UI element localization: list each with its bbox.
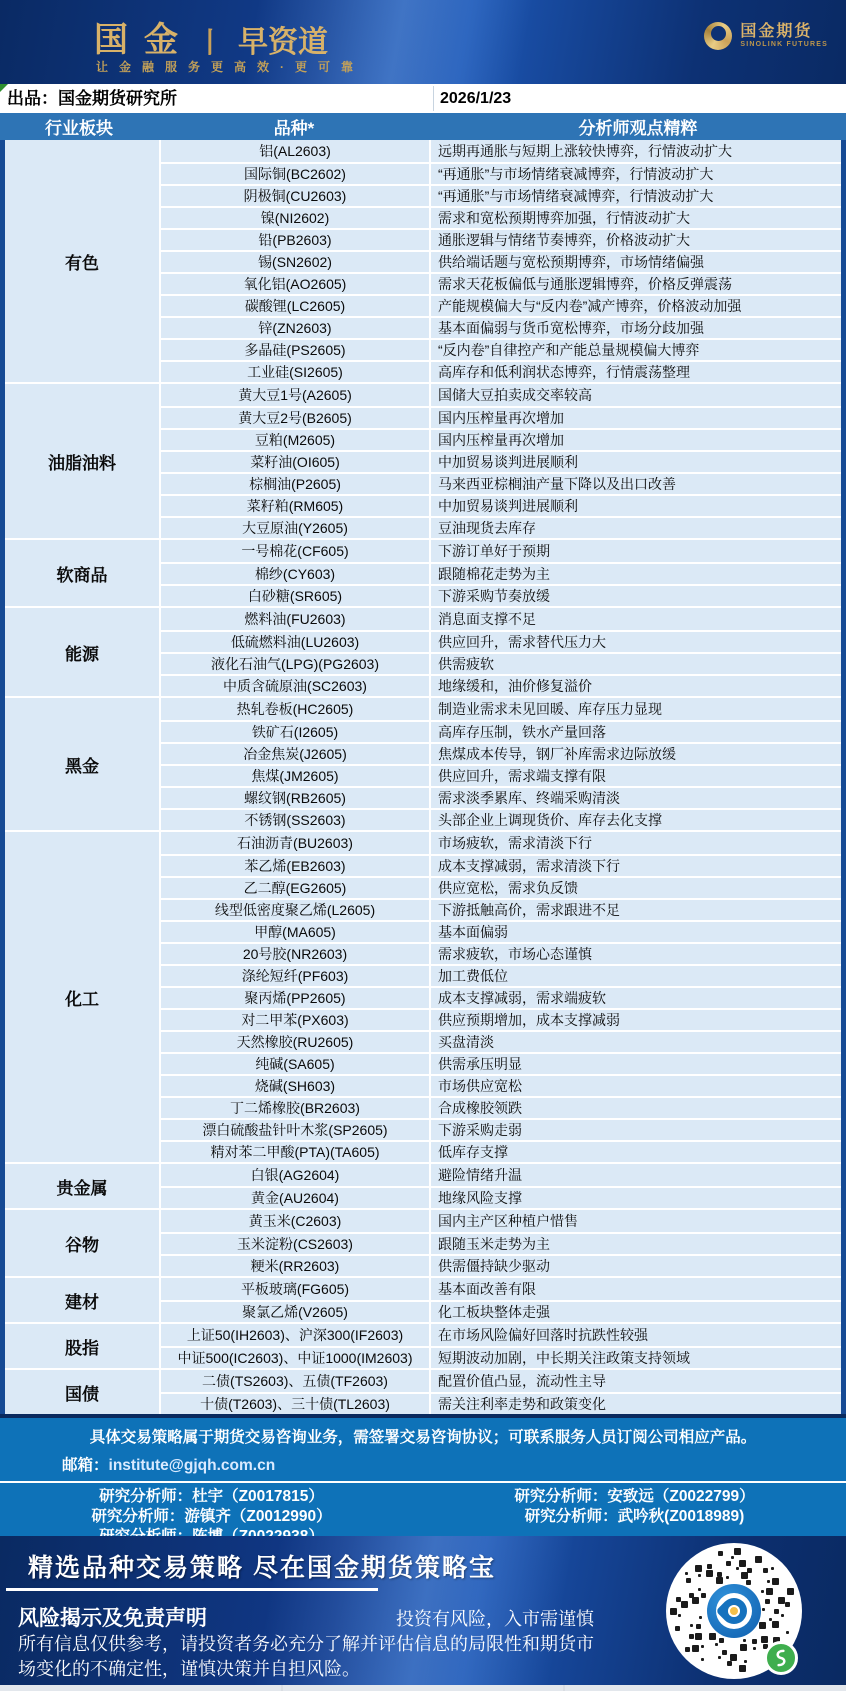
risk-disclaimer-body: 所有信息仅供参考，请投资者务必充分了解并评估信息的局限性和期货市场变化的不确定性… (18, 1632, 610, 1682)
qr-dot (774, 1609, 779, 1614)
analyst-view-cell: “再通胀”与市场情绪衰减博弈，行情波动扩大 (431, 164, 841, 184)
sector-rows: 黄大豆1号(A2605)国储大豆拍卖成交率较高黄大豆2号(B2605)国内压榨量… (161, 384, 841, 538)
qr-dot (761, 1590, 764, 1593)
sector-rows: 上证50(IH2603)、沪深300(IF2603)在市场风险偏好回落时抗跌性较… (161, 1324, 841, 1368)
sector-cell: 油脂油料 (5, 384, 161, 538)
variety-cell: 工业硅(SI2605) (161, 362, 431, 382)
analyst-view-cell: 加工费低位 (431, 966, 841, 986)
variety-cell: 聚丙烯(PP2605) (161, 988, 431, 1008)
qr-dot (763, 1568, 768, 1573)
sector-cell: 有色 (5, 140, 161, 382)
analyst-view-cell: 跟随棉花走势为主 (431, 564, 841, 584)
analyst-view-cell: 避险情绪升温 (431, 1164, 841, 1186)
analyst-view-cell: 供应宽松，需求负反馈 (431, 878, 841, 898)
qr-code (666, 1543, 802, 1679)
qr-dot (741, 1572, 748, 1579)
qr-dot (739, 1665, 746, 1672)
sector-cell: 能源 (5, 608, 161, 696)
qr-dot (689, 1634, 694, 1639)
email-address: institute@gjqh.com.cn (109, 1457, 276, 1474)
analyst-view-cell: 中加贸易谈判进展顺利 (431, 496, 841, 516)
table-row: 中质含硫原油(SC2603)地缘缓和，油价修复溢价 (161, 674, 841, 696)
variety-cell: 锡(SN2602) (161, 252, 431, 272)
info-divider (433, 86, 434, 111)
variety-cell: 纯碱(SA605) (161, 1054, 431, 1074)
table-row: 甲醇(MA605)基本面偏弱 (161, 920, 841, 942)
subscription-notice: 具体交易策略属于期货交易咨询业务，需签署交易咨询协议；可联系服务人员订阅公司相应… (0, 1418, 846, 1447)
qr-dot (740, 1644, 747, 1651)
qr-dot (717, 1572, 722, 1577)
analyst-name: 研究分析师：游镇齐（Z0012990） (91, 1507, 331, 1526)
table-row: 氧化铝(AO2605)需求天花板偏低与通胀逻辑博弈，价格反弹震荡 (161, 272, 841, 294)
qr-dot (726, 1561, 731, 1566)
table-row: 镍(NI2602)需求和宽松预期博弈加强，行情波动扩大 (161, 206, 841, 228)
sector-group: 建材平板玻璃(FG605)基本面改善有限聚氯乙烯(V2605)化工板块整体走强 (5, 1276, 841, 1322)
variety-cell: 低硫燃料油(LU2603) (161, 632, 431, 652)
table-row: 黄大豆1号(A2605)国储大豆拍卖成交率较高 (161, 384, 841, 406)
variety-cell: 石油沥青(BU2603) (161, 832, 431, 854)
table-row: 上证50(IH2603)、沪深300(IF2603)在市场风险偏好回落时抗跌性较… (161, 1324, 841, 1346)
qr-dot (765, 1599, 770, 1604)
window-edge-strip (0, 1685, 846, 1691)
qr-dot (772, 1621, 779, 1628)
qr-dot (746, 1580, 751, 1585)
report-page: 国金 丨 早资道 让金融服务更高效·更可靠 国金期货 SINOLINK FUTU… (0, 0, 846, 1691)
analyst-view-cell: 供需承压明显 (431, 1054, 841, 1074)
variety-cell: 铝(AL2603) (161, 140, 431, 162)
column-header-view: 分析师观点精粹 (430, 113, 846, 140)
qr-dot (690, 1624, 693, 1627)
table-row: 锡(SN2602)供给端话题与宽松预期博弈，市场情绪偏强 (161, 250, 841, 272)
table-row: 玉米淀粉(CS2603)跟随玉米走势为主 (161, 1232, 841, 1254)
variety-cell: 不锈钢(SS2603) (161, 810, 431, 830)
sector-rows: 石油沥青(BU2603)市场疲软，需求清淡下行苯乙烯(EB2603)成本支撑减弱… (161, 832, 841, 1162)
analyst-view-cell: 需求和宽松预期博弈加强，行情波动扩大 (431, 208, 841, 228)
sector-rows: 白银(AG2604)避险情绪升温黄金(AU2604)地缘风险支撑 (161, 1164, 841, 1208)
variety-cell: 线型低密度聚乙烯(L2605) (161, 900, 431, 920)
table-row: 铁矿石(I2605)高库存压制，铁水产量回落 (161, 720, 841, 742)
analyst-view-cell: 头部企业上调现货价、库存去化支撑 (431, 810, 841, 830)
variety-cell: 20号胶(NR2603) (161, 944, 431, 964)
promo-banner: 精选品种交易策略 尽在国金期货策略宝 风险揭示及免责声明 投资有风险，入市需谨慎… (0, 1536, 846, 1685)
qr-dot (778, 1597, 785, 1604)
analyst-view-cell: 在市场风险偏好回落时抗跌性较强 (431, 1324, 841, 1346)
qr-dot (731, 1556, 734, 1559)
analyst-view-cell: 地缘风险支撑 (431, 1188, 841, 1208)
variety-cell: 精对苯二甲酸(PTA)(TA605) (161, 1142, 431, 1162)
qr-dot (706, 1570, 713, 1577)
variety-cell: 苯乙烯(EB2603) (161, 856, 431, 876)
table-row: 多晶硅(PS2605)“反内卷”自律控产和产能总量规模偏大博弈 (161, 338, 841, 360)
variety-cell: 中证500(IC2603)、中证1000(IM2603) (161, 1348, 431, 1368)
variety-cell: 热轧卷板(HC2605) (161, 698, 431, 720)
table-row: 十债(T2603)、三十债(TL2603)需关注利率走势和政策变化 (161, 1392, 841, 1414)
variety-cell: 对二甲苯(PX603) (161, 1010, 431, 1030)
sector-rows: 黄玉米(C2603)国内主产区种植户惜售玉米淀粉(CS2603)跟随玉米走势为主… (161, 1210, 841, 1276)
qr-dot (743, 1639, 746, 1642)
column-header-variety: 品种* (158, 113, 430, 140)
variety-cell: 焦煤(JM2605) (161, 766, 431, 786)
table-row: 不锈钢(SS2603)头部企业上调现货价、库存去化支撑 (161, 808, 841, 830)
qr-dot (785, 1602, 790, 1607)
promo-divider (6, 1588, 378, 1591)
sector-rows: 热轧卷板(HC2605)制造业需求未见回暖、库存压力显现铁矿石(I2605)高库… (161, 698, 841, 830)
table-row: 焦煤(JM2605)供应回升，需求端支撑有限 (161, 764, 841, 786)
analyst-view-cell: 供应回升，需求端支撑有限 (431, 766, 841, 786)
variety-cell: 白砂糖(SR605) (161, 586, 431, 606)
table-row: 菜籽油(OI605)中加贸易谈判进展顺利 (161, 450, 841, 472)
table-row: 国际铜(BC2602)“再通胀”与市场情绪衰减博弈，行情波动扩大 (161, 162, 841, 184)
table-row: 平板玻璃(FG605)基本面改善有限 (161, 1278, 841, 1300)
table-header: 行业板块 品种* 分析师观点精粹 (0, 113, 846, 140)
table-row: 20号胶(NR2603)需求疲软，市场心态谨慎 (161, 942, 841, 964)
variety-cell: 涤纶短纤(PF603) (161, 966, 431, 986)
qr-dot (692, 1597, 699, 1604)
analyst-name: 研究分析师：武吟秋(Z0018989) (525, 1507, 745, 1526)
sector-rows: 二债(TS2603)、五债(TF2603)配置价值凸显，流动性主导十债(T260… (161, 1370, 841, 1414)
analyst-view-cell: 供应回升，需求替代压力大 (431, 632, 841, 652)
email-line: 邮箱：institute@gjqh.com.cn (0, 1447, 846, 1481)
analyst-view-cell: 基本面改善有限 (431, 1278, 841, 1300)
qr-dot (685, 1572, 688, 1575)
qr-dot (753, 1647, 756, 1650)
qr-dot (699, 1616, 702, 1619)
qr-dot (730, 1654, 737, 1661)
variety-cell: 一号棉花(CF605) (161, 540, 431, 562)
table-row: 铝(AL2603)远期再通胀与短期上涨较快博弈，行情波动扩大 (161, 140, 841, 162)
variety-cell: 十债(T2603)、三十债(TL2603) (161, 1394, 431, 1414)
qr-dot (736, 1567, 739, 1570)
sector-rows: 一号棉花(CF605)下游订单好于预期棉纱(CY603)跟随棉花走势为主白砂糖(… (161, 540, 841, 606)
sector-group: 股指上证50(IH2603)、沪深300(IF2603)在市场风险偏好回落时抗跌… (5, 1322, 841, 1368)
variety-cell: 菜籽油(OI605) (161, 452, 431, 472)
qr-dot (739, 1560, 746, 1567)
qr-dot (718, 1656, 721, 1659)
sector-cell: 国债 (5, 1370, 161, 1414)
table-row: 粳米(RR2603)供需僵持缺少驱动 (161, 1254, 841, 1276)
variety-cell: 二债(TS2603)、五债(TF2603) (161, 1370, 431, 1392)
table-row: 工业硅(SI2605)高库存和低利润状态博弈，行情震荡整理 (161, 360, 841, 382)
table-row: 螺纹钢(RB2605)需求淡季累库、终端采购清淡 (161, 786, 841, 808)
qr-dot (744, 1660, 747, 1663)
qr-dot (726, 1576, 729, 1579)
variety-cell: 漂白硫酸盐针叶木浆(SP2605) (161, 1120, 431, 1140)
qr-dot (769, 1618, 772, 1621)
variety-cell: 甲醇(MA605) (161, 922, 431, 942)
sector-cell: 软商品 (5, 540, 161, 606)
variety-cell: 天然橡胶(RU2605) (161, 1032, 431, 1052)
qr-dot (727, 1661, 732, 1666)
column-header-sector: 行业板块 (0, 113, 158, 140)
qr-dot (695, 1633, 702, 1640)
analyst-view-cell: 需求淡季累库、终端采购清淡 (431, 788, 841, 808)
analyst-view-cell: 焦煤成本传导，钢厂补库需求边际放缓 (431, 744, 841, 764)
analyst-view-cell: 短期波动加剧，中长期关注政策支持领域 (431, 1348, 841, 1368)
qr-dot (678, 1614, 681, 1617)
analyst-view-cell: 国内主产区种植户惜售 (431, 1210, 841, 1232)
qr-dot (755, 1556, 762, 1563)
qr-dot (734, 1548, 741, 1555)
brand-divider: 丨 (196, 21, 224, 61)
analyst-view-cell: 产能规模偏大与“反内卷”减产博弈，价格波动加强 (431, 296, 841, 316)
s-curve-glyph (770, 1647, 792, 1669)
variety-cell: 黄大豆1号(A2605) (161, 384, 431, 406)
qr-dot (786, 1631, 789, 1634)
analyst-view-cell: 供给端话题与宽松预期博弈，市场情绪偏强 (431, 252, 841, 272)
analyst-view-cell: 市场供应宽松 (431, 1076, 841, 1096)
analyst-view-cell: 豆油现货去库存 (431, 518, 841, 538)
table-row: 液化石油气(LPG)(PG2603)供需疲软 (161, 652, 841, 674)
brand-name: 国金 (94, 12, 194, 61)
sector-group: 有色铝(AL2603)远期再通胀与短期上涨较快博弈，行情波动扩大国际铜(BC26… (5, 140, 841, 382)
analyst-view-cell: 国储大豆拍卖成交率较高 (431, 384, 841, 406)
qr-dot (718, 1551, 723, 1556)
analyst-view-cell: 消息面支撑不足 (431, 608, 841, 630)
analyst-view-cell: “反内卷”自律控产和产能总量规模偏大博弈 (431, 340, 841, 360)
qr-dot (701, 1645, 704, 1648)
qr-dot (709, 1633, 716, 1640)
qr-dot (766, 1588, 773, 1595)
sector-group: 化工石油沥青(BU2603)市场疲软，需求清淡下行苯乙烯(EB2603)成本支撑… (5, 830, 841, 1162)
product-name: 早资道 (238, 17, 328, 61)
analyst-view-cell: 成本支撑减弱，需求端疲软 (431, 988, 841, 1008)
analyst-view-cell: 需关注利率走势和政策变化 (431, 1394, 841, 1414)
sector-cell: 谷物 (5, 1210, 161, 1276)
variety-cell: 国际铜(BC2602) (161, 164, 431, 184)
sector-rows: 平板玻璃(FG605)基本面改善有限聚氯乙烯(V2605)化工板块整体走强 (161, 1278, 841, 1322)
table-row: 白银(AG2604)避险情绪升温 (161, 1164, 841, 1186)
qr-dot (692, 1645, 699, 1652)
analyst-view-cell: 中加贸易谈判进展顺利 (431, 452, 841, 472)
qr-center-logo-inner (716, 1593, 752, 1629)
analyst-view-cell: 成本支撑减弱，需求清淡下行 (431, 856, 841, 876)
company-name-en: SINOLINK FUTURES (740, 41, 828, 49)
analyst-view-cell: 基本面偏弱 (431, 922, 841, 942)
variety-cell: 氧化铝(AO2605) (161, 274, 431, 294)
analyst-view-cell: 化工板块整体走强 (431, 1302, 841, 1322)
analyst-view-cell: 高库存和低利润状态博弈，行情震荡整理 (431, 362, 841, 382)
qr-dot (681, 1601, 688, 1608)
variety-cell: 中质含硫原油(SC2603) (161, 676, 431, 696)
analyst-view-cell: 下游采购走弱 (431, 1120, 841, 1140)
sector-cell: 股指 (5, 1324, 161, 1368)
qr-dot (761, 1636, 768, 1643)
variety-cell: 棉纱(CY603) (161, 564, 431, 584)
variety-cell: 玉米淀粉(CS2603) (161, 1234, 431, 1254)
table-row: 乙二醇(EG2605)供应宽松，需求负反馈 (161, 876, 841, 898)
table-row: 棉纱(CY603)跟随棉花走势为主 (161, 562, 841, 584)
qr-dot (752, 1639, 757, 1644)
sector-rows: 燃料油(FU2603)消息面支撑不足低硫燃料油(LU2603)供应回升，需求替代… (161, 608, 841, 696)
table-row: 线型低密度聚乙烯(L2605)下游抵触高价，需求跟进不足 (161, 898, 841, 920)
table-row: 丁二烯橡胶(BR2603)合成橡胶领跌 (161, 1096, 841, 1118)
analyst-view-cell: 跟随玉米走势为主 (431, 1234, 841, 1254)
variety-cell: 菜籽粕(RM605) (161, 496, 431, 516)
table-row: 冶金焦炭(J2605)焦煤成本传导，钢厂补库需求边际放缓 (161, 742, 841, 764)
analyst-view-cell: 市场疲软，需求清淡下行 (431, 832, 841, 854)
qr-dot (686, 1578, 691, 1583)
table-row: 二债(TS2603)、五债(TF2603)配置价值凸显，流动性主导 (161, 1370, 841, 1392)
variety-cell: 螺纹钢(RB2605) (161, 788, 431, 808)
analyst-view-cell: 合成橡胶领跌 (431, 1098, 841, 1118)
sector-cell: 化工 (5, 832, 161, 1162)
analyst-name: 研究分析师：安致远（Z0022799） (514, 1487, 754, 1506)
table-row: 中证500(IC2603)、中证1000(IM2603)短期波动加剧，中长期关注… (161, 1346, 841, 1368)
qr-dot (675, 1626, 680, 1631)
analyst-view-cell: 基本面偏弱与货币宽松博弈，市场分歧加强 (431, 318, 841, 338)
analyst-view-cell: 下游采购节奏放缓 (431, 586, 841, 606)
wechat-channel-icon (764, 1641, 798, 1675)
sector-group: 贵金属白银(AG2604)避险情绪升温黄金(AU2604)地缘风险支撑 (5, 1162, 841, 1208)
email-label: 邮箱： (62, 1457, 109, 1474)
table-row: 黄金(AU2604)地缘风险支撑 (161, 1186, 841, 1208)
risk-disclaimer-heading: 风险揭示及免责声明 (18, 1602, 207, 1632)
variety-cell: 乙二醇(EG2605) (161, 878, 431, 898)
variety-cell: 多晶硅(PS2605) (161, 340, 431, 360)
analyst-view-cell: 配置价值凸显，流动性主导 (431, 1370, 841, 1392)
analyst-view-cell: 国内压榨量再次增加 (431, 408, 841, 428)
table-row: 棕榈油(P2605)马来西亚棕榈油产量下降以及出口改善 (161, 472, 841, 494)
qr-dot (716, 1577, 723, 1584)
company-name-cn: 国金期货 (740, 23, 828, 41)
analyst-view-cell: 下游订单好于预期 (431, 540, 841, 562)
qr-dot (698, 1588, 701, 1591)
table-row: 对二甲苯(PX603)供应预期增加，成本支撑减弱 (161, 1008, 841, 1030)
table-row: 漂白硫酸盐针叶木浆(SP2605)下游采购走弱 (161, 1118, 841, 1140)
sector-group: 国债二债(TS2603)、五债(TF2603)配置价值凸显，流动性主导十债(T2… (5, 1368, 841, 1414)
info-row: 出品：国金期货研究所 2026/1/23 (0, 84, 846, 113)
table-row: 黄玉米(C2603)国内主产区种植户惜售 (161, 1210, 841, 1232)
analyst-view-cell: 供应预期增加，成本支撑减弱 (431, 1010, 841, 1030)
qr-dot (747, 1568, 752, 1573)
qr-dot (670, 1608, 677, 1615)
qr-dot (722, 1650, 727, 1655)
analyst-view-cell: 远期再通胀与短期上涨较快博弈，行情波动扩大 (431, 140, 841, 162)
variety-cell: 镍(NI2602) (161, 208, 431, 228)
promo-title: 精选品种交易策略 尽在国金期货策略宝 (28, 1548, 496, 1584)
sector-cell: 贵金属 (5, 1164, 161, 1208)
variety-cell: 碳酸锂(LC2605) (161, 296, 431, 316)
analyst-view-cell: 制造业需求未见回暖、库存压力显现 (431, 698, 841, 720)
sector-rows: 铝(AL2603)远期再通胀与短期上涨较快博弈，行情波动扩大国际铜(BC2602… (161, 140, 841, 382)
variety-cell: 黄金(AU2604) (161, 1188, 431, 1208)
variety-cell: 豆粕(M2605) (161, 430, 431, 450)
variety-cell: 阴极铜(CU2603) (161, 186, 431, 206)
analyst-view-cell: 地缘缓和，油价修复溢价 (431, 676, 841, 696)
table-row: 低硫燃料油(LU2603)供应回升，需求替代压力大 (161, 630, 841, 652)
table-row: 黄大豆2号(B2605)国内压榨量再次增加 (161, 406, 841, 428)
analyst-view-cell: 供需僵持缺少驱动 (431, 1256, 841, 1276)
table-row: 聚氯乙烯(V2605)化工板块整体走强 (161, 1300, 841, 1322)
qr-dot (762, 1608, 765, 1611)
table-row: 精对苯二甲酸(PTA)(TA605)低库存支撑 (161, 1140, 841, 1162)
variety-cell: 丁二烯橡胶(BR2603) (161, 1098, 431, 1118)
top-banner: 国金 丨 早资道 让金融服务更高效·更可靠 国金期货 SINOLINK FUTU… (0, 0, 846, 84)
qr-dot (701, 1658, 704, 1661)
variety-cell: 铁矿石(I2605) (161, 722, 431, 742)
table-row: 豆粕(M2605)国内压榨量再次增加 (161, 428, 841, 450)
variety-cell: 粳米(RR2603) (161, 1256, 431, 1276)
analyst-name: 研究分析师：杜宇（Z0017815） (99, 1487, 324, 1506)
analyst-view-cell: 国内压榨量再次增加 (431, 430, 841, 450)
variety-cell: 燃料油(FU2603) (161, 608, 431, 630)
table-row: 石油沥青(BU2603)市场疲软，需求清淡下行 (161, 832, 841, 854)
variety-cell: 棕榈油(P2605) (161, 474, 431, 494)
sector-group: 谷物黄玉米(C2603)国内主产区种植户惜售玉米淀粉(CS2603)跟随玉米走势… (5, 1208, 841, 1276)
qr-dot (759, 1622, 766, 1629)
publisher-label: 出品：国金期货研究所 (7, 84, 177, 113)
table-row: 阴极铜(CU2603)“再通胀”与市场情绪衰减博弈，行情波动扩大 (161, 184, 841, 206)
variety-cell: 平板玻璃(FG605) (161, 1278, 431, 1300)
table-row: 燃料油(FU2603)消息面支撑不足 (161, 608, 841, 630)
analyst-view-cell: 需求疲软，市场心态谨慎 (431, 944, 841, 964)
table-row: 一号棉花(CF605)下游订单好于预期 (161, 540, 841, 562)
risk-caution-text: 投资有风险，入市需谨慎 (396, 1605, 594, 1631)
table-row: 锌(ZN2603)基本面偏弱与货币宽松博弈，市场分歧加强 (161, 316, 841, 338)
sector-group: 能源燃料油(FU2603)消息面支撑不足低硫燃料油(LU2603)供应回升，需求… (5, 606, 841, 696)
qr-center-logo-icon (707, 1584, 761, 1638)
table-row: 菜籽粕(RM605)中加贸易谈判进展顺利 (161, 494, 841, 516)
table-row: 苯乙烯(EB2603)成本支撑减弱，需求清淡下行 (161, 854, 841, 876)
variety-cell: 黄玉米(C2603) (161, 1210, 431, 1232)
variety-cell: 烧碱(SH603) (161, 1076, 431, 1096)
brand-logo: 国金 丨 早资道 (94, 12, 328, 61)
qr-dot (701, 1593, 706, 1598)
table-row: 热轧卷板(HC2605)制造业需求未见回暖、库存压力显现 (161, 698, 841, 720)
table-body: 有色铝(AL2603)远期再通胀与短期上涨较快博弈，行情波动扩大国际铜(BC26… (0, 140, 846, 1414)
qr-dot (771, 1567, 774, 1570)
sector-cell: 黑金 (5, 698, 161, 830)
qr-dot (696, 1624, 701, 1629)
analyst-view-cell: 需求天花板偏低与通胀逻辑博弈，价格反弹震荡 (431, 274, 841, 294)
variety-cell: 冶金焦炭(J2605) (161, 744, 431, 764)
analyst-view-cell: “再通胀”与市场情绪衰减博弈，行情波动扩大 (431, 186, 841, 206)
table-row: 白砂糖(SR605)下游采购节奏放缓 (161, 584, 841, 606)
variety-cell: 铅(PB2603) (161, 230, 431, 250)
sector-group: 油脂油料黄大豆1号(A2605)国储大豆拍卖成交率较高黄大豆2号(B2605)国… (5, 382, 841, 538)
table-row: 天然橡胶(RU2605)买盘清淡 (161, 1030, 841, 1052)
variety-cell: 白银(AG2604) (161, 1164, 431, 1186)
analyst-view-cell: 下游抵触高价，需求跟进不足 (431, 900, 841, 920)
variety-cell: 上证50(IH2603)、沪深300(IF2603) (161, 1324, 431, 1346)
qr-dot (695, 1565, 702, 1572)
sector-group: 软商品一号棉花(CF605)下游订单好于预期棉纱(CY603)跟随棉花走势为主白… (5, 538, 841, 606)
table-row: 铅(PB2603)通胀逻辑与情绪节奏博弈，价格波动扩大 (161, 228, 841, 250)
variety-cell: 锌(ZN2603) (161, 318, 431, 338)
variety-cell: 液化石油气(LPG)(PG2603) (161, 654, 431, 674)
analyst-view-cell: 通胀逻辑与情绪节奏博弈，价格波动扩大 (431, 230, 841, 250)
brand-tagline: 让金融服务更高效·更可靠 (96, 58, 364, 75)
table-row: 聚丙烯(PP2605)成本支撑减弱，需求端疲软 (161, 986, 841, 1008)
qr-dot (719, 1638, 724, 1643)
variety-cell: 黄大豆2号(B2605) (161, 408, 431, 428)
table-row: 大豆原油(Y2605)豆油现货去库存 (161, 516, 841, 538)
company-logo: 国金期货 SINOLINK FUTURES (704, 22, 828, 50)
analyst-view-cell: 低库存支撑 (431, 1142, 841, 1162)
qr-dot (767, 1580, 770, 1583)
analyst-view-cell: 供需疲软 (431, 654, 841, 674)
variety-cell: 大豆原油(Y2605) (161, 518, 431, 538)
qr-dot (787, 1588, 794, 1595)
qr-dot (685, 1647, 690, 1652)
analyst-view-cell: 买盘清淡 (431, 1032, 841, 1052)
qr-dot (715, 1643, 718, 1646)
report-date: 2026/1/23 (440, 84, 511, 113)
table-row: 涤纶短纤(PF603)加工费低位 (161, 964, 841, 986)
qr-dot (772, 1578, 779, 1585)
table-row: 纯碱(SA605)供需承压明显 (161, 1052, 841, 1074)
company-logo-text: 国金期货 SINOLINK FUTURES (740, 23, 828, 48)
